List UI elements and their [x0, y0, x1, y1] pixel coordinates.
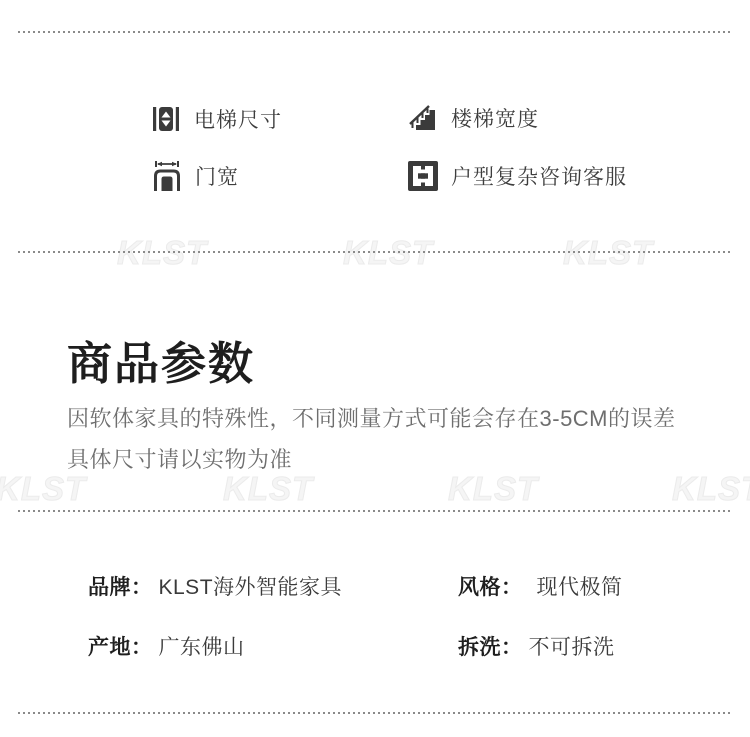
door-width-icon [152, 161, 182, 191]
feature-stair-width: 楼梯宽度 [408, 103, 539, 133]
floorplan-icon [408, 161, 438, 191]
spec-label: 产地： [88, 631, 153, 661]
spec-value: 广东佛山 [159, 631, 245, 661]
spec-value: 现代极简 [537, 571, 623, 601]
feature-label: 电梯尺寸 [194, 104, 282, 134]
brand-watermark: KLST [343, 234, 433, 272]
dotted-divider-specs [18, 510, 732, 512]
dotted-divider-top [18, 31, 732, 33]
spec-row-origin: 产地： 广东佛山 [88, 631, 245, 661]
note-line-1: 因软体家具的特殊性，不同测量方式可能会存在3-5CM的误差 [67, 398, 697, 439]
elevator-icon [151, 104, 181, 134]
feature-label: 门宽 [195, 161, 239, 191]
spec-label: 拆洗： [458, 631, 523, 661]
feature-elevator-size: 电梯尺寸 [151, 104, 282, 134]
spec-label: 风格： [458, 571, 523, 601]
spec-value: KLST海外智能家具 [159, 571, 343, 601]
note-line-2: 具体尺寸请以实物为准 [67, 439, 697, 480]
section-title: 商品参数 [67, 327, 255, 392]
brand-watermark: KLST [563, 234, 653, 272]
stairs-icon [408, 103, 438, 133]
spec-row-style: 风格： 现代极简 [458, 571, 623, 601]
feature-label: 户型复杂咨询客服 [451, 161, 627, 191]
brand-watermark: KLST [117, 234, 207, 272]
product-parameters-page: KLST KLST KLST KLST KLST KLST KLST 电梯尺寸 [0, 0, 750, 737]
spec-label: 品牌： [88, 571, 153, 601]
feature-label: 楼梯宽度 [451, 103, 539, 133]
feature-floorplan-service[interactable]: 户型复杂咨询客服 [408, 161, 627, 191]
section-note: 因软体家具的特殊性，不同测量方式可能会存在3-5CM的误差 具体尺寸请以实物为准 [67, 398, 697, 480]
feature-door-width: 门宽 [152, 161, 239, 191]
spec-value: 不可拆洗 [529, 631, 615, 661]
spec-row-brand: 品牌： KLST海外智能家具 [88, 571, 342, 601]
dotted-divider-middle [18, 251, 732, 253]
spec-row-washable: 拆洗： 不可拆洗 [458, 631, 615, 661]
dotted-divider-bottom [18, 712, 732, 714]
